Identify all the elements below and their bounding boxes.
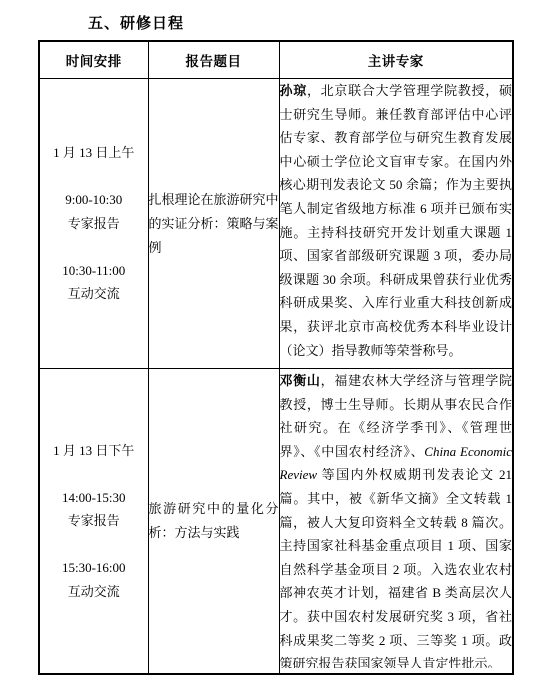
time-slot-2-label: 互动交流: [40, 580, 148, 604]
expert-cell-afternoon: 邓衡山，福建农林大学经济与管理学院教授，博士生导师。长期从事农民合作社研究。在《…: [279, 369, 513, 674]
table-row-morning: 1 月 13 日上午 9:00-10:30 专家报告 10:30-11:00 互…: [39, 79, 513, 369]
topic-cell-morning: 扎根理论在旅游研究中的实证分析：策略与案例: [148, 79, 279, 369]
time-slot-1-label: 专家报告: [40, 212, 148, 236]
expert-bio: 孙琼，北京联合大学管理学院教授，硕士研究生导师。兼任教育部评估中心评估专家、教育…: [280, 79, 513, 363]
column-header-topic: 报告题目: [148, 41, 279, 79]
report-topic: 扎根理论在旅游研究中的实证分析：策略与案例: [149, 188, 279, 260]
document-page: 五、研修日程 时间安排 报告题目 主讲专家 1 月 13 日上午 9:00-10…: [0, 0, 550, 691]
expert-bio-text-tail: 等国内外权威期刊发表论文 21 篇。其中，被《新华文摘》全文转载 1 篇，被人大…: [280, 467, 513, 668]
time-slot-1-label: 专家报告: [40, 509, 148, 533]
table-header-row: 时间安排 报告题目 主讲专家: [39, 41, 513, 79]
column-header-expert: 主讲专家: [279, 41, 513, 79]
expert-bio-text: ，北京联合大学管理学院教授，硕士研究生导师。兼任教育部评估中心评估专家、教育部学…: [280, 83, 513, 358]
expert-cell-morning: 孙琼，北京联合大学管理学院教授，硕士研究生导师。兼任教育部评估中心评估专家、教育…: [279, 79, 513, 369]
time-date: 1 月 13 日上午: [40, 141, 148, 165]
section-title: 五、研修日程: [88, 12, 184, 33]
time-date: 1 月 13 日下午: [40, 439, 148, 463]
table-row-afternoon: 1 月 13 日下午 14:00-15:30 专家报告 15:30-16:00 …: [39, 369, 513, 674]
column-header-time: 时间安排: [39, 41, 148, 79]
time-slot-1: 9:00-10:30: [40, 188, 148, 212]
time-slot-2: 10:30-11:00: [40, 259, 148, 283]
time-slot-1: 14:00-15:30: [40, 486, 148, 510]
expert-name: 邓衡山: [280, 373, 321, 388]
expert-bio: 邓衡山，福建农林大学经济与管理学院教授，博士生导师。长期从事农民合作社研究。在《…: [280, 369, 513, 668]
report-topic: 旅游研究中的量化分析：方法与实践: [149, 497, 279, 545]
time-cell-afternoon: 1 月 13 日下午 14:00-15:30 专家报告 15:30-16:00 …: [39, 369, 148, 674]
time-cell-morning: 1 月 13 日上午 9:00-10:30 专家报告 10:30-11:00 互…: [39, 79, 148, 369]
schedule-table: 时间安排 报告题目 主讲专家 1 月 13 日上午 9:00-10:30 专家报…: [38, 40, 514, 675]
time-slot-2: 15:30-16:00: [40, 556, 148, 580]
time-slot-2-label: 互动交流: [40, 282, 148, 306]
topic-cell-afternoon: 旅游研究中的量化分析：方法与实践: [148, 369, 279, 674]
expert-name: 孙琼: [280, 83, 307, 98]
